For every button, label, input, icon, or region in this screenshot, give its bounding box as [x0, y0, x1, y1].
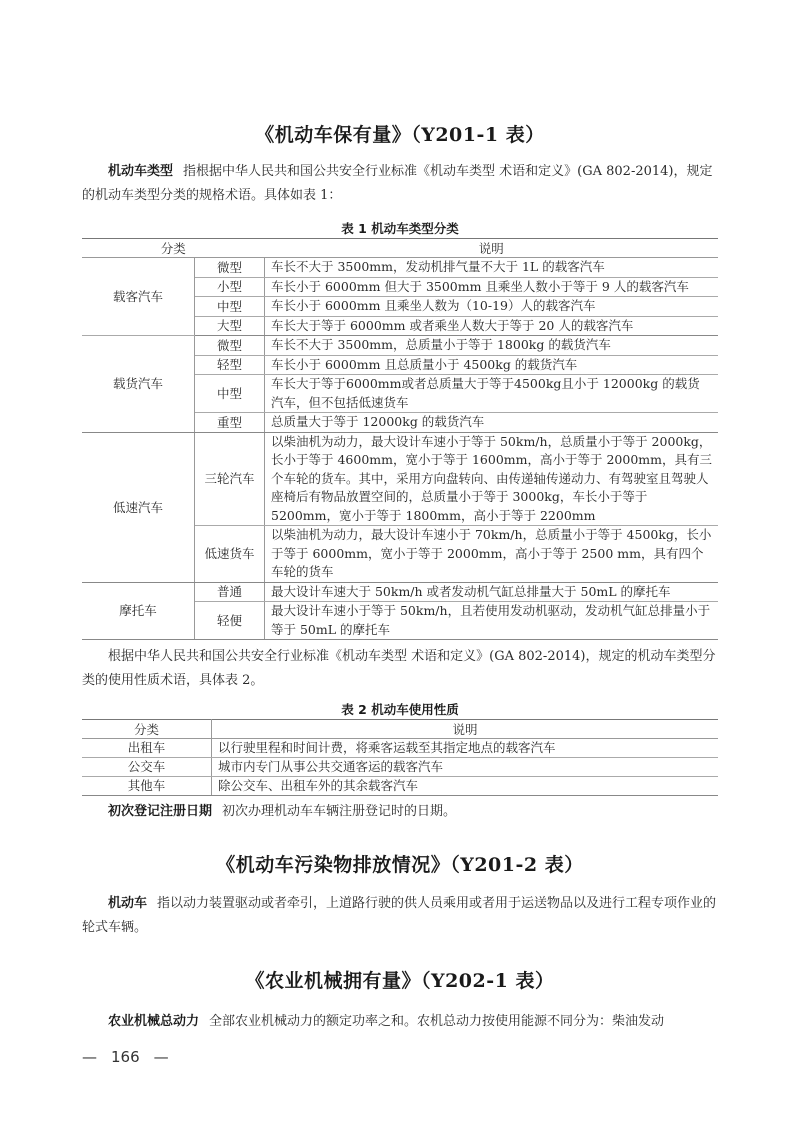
category-cell: 载货汽车: [82, 336, 195, 433]
table1-caption: 表 1 机动车类型分类: [82, 219, 718, 237]
subtype-cell: 轻便: [195, 602, 265, 640]
subtype-cell: 轻型: [195, 355, 265, 375]
paragraph-agri-power: 农业机械总动力全部农业机械动力的额定功率之和。农机总动力按使用能源不同分为：柴油…: [82, 1010, 718, 1034]
table-header-row: 分类 说明: [82, 720, 718, 739]
section-title-emissions: 《机动车污染物排放情况》（Y201-2 表）: [82, 850, 718, 877]
description-cell: 总质量大于等于 12000kg 的载货汽车: [265, 413, 719, 433]
description-cell: 城市内专门从事公共交通客运的载客汽车: [212, 758, 719, 777]
category-cell: 公交车: [82, 758, 212, 777]
term-definition: 初次办理机动车车辆注册登记时的日期。: [222, 804, 456, 819]
description-cell: 车长不大于 3500mm，总质量小于等于 1800kg 的载货汽车: [265, 336, 719, 356]
header-description: 说明: [212, 720, 719, 739]
table-row: 出租车 以行驶里程和时间计费，将乘客运载至其指定地点的载客汽车: [82, 739, 718, 758]
section-title-agri-machinery: 《农业机械拥有量》（Y202-1 表）: [82, 966, 718, 993]
description-cell: 以行驶里程和时间计费，将乘客运载至其指定地点的载客汽车: [212, 739, 719, 758]
term-label: 机动车: [108, 896, 147, 911]
header-category: 分类: [82, 239, 265, 258]
page-number: 166: [111, 1048, 140, 1066]
header-category: 分类: [82, 720, 212, 739]
category-cell: 低速汽车: [82, 432, 195, 582]
paragraph-motor-vehicle: 机动车指以动力装置驱动或者牵引，上道路行驶的供人员乘用或者用于运送物品以及进行工…: [82, 892, 718, 940]
description-cell: 车长小于 6000mm 且总质量小于 4500kg 的载货汽车: [265, 355, 719, 375]
description-cell: 以柴油机为动力，最大设计车速小于等于 50km/h，总质量小于等于 2000kg…: [265, 432, 719, 526]
footer-dash-left: —: [82, 1048, 97, 1066]
page-footer: —166—: [82, 1048, 169, 1066]
term-label: 农业机械总动力: [108, 1014, 199, 1029]
category-cell: 摩托车: [82, 582, 195, 640]
vehicle-usage-table: 分类 说明 出租车 以行驶里程和时间计费，将乘客运载至其指定地点的载客汽车 公交…: [82, 719, 718, 796]
footer-dash-right: —: [154, 1048, 169, 1066]
subtype-cell: 中型: [195, 375, 265, 413]
description-cell: 最大设计车速大于 50km/h 或者发动机气缸总排量大于 50mL 的摩托车: [265, 582, 719, 602]
paragraph-vehicle-type: 机动车类型指根据中华人民共和国公共安全行业标准《机动车类型 术语和定义》(GA …: [82, 160, 718, 208]
subtype-cell: 中型: [195, 297, 265, 317]
subtype-cell: 微型: [195, 258, 265, 278]
description-cell: 除公交车、出租车外的其余载客汽车: [212, 777, 719, 796]
description-cell: 最大设计车速小于等于 50km/h，且若使用发动机驱动，发动机气缸总排量小于等于…: [265, 602, 719, 640]
term-label: 机动车类型: [108, 164, 173, 179]
table-row: 摩托车 普通 最大设计车速大于 50km/h 或者发动机气缸总排量大于 50mL…: [82, 582, 718, 602]
description-cell: 以柴油机为动力，最大设计车速小于 70km/h，总质量小于等于 4500kg，长…: [265, 526, 719, 583]
subtype-cell: 微型: [195, 336, 265, 356]
section-title-vehicle-ownership: 《机动车保有量》（Y201-1 表）: [82, 120, 718, 147]
subtype-cell: 三轮汽车: [195, 432, 265, 526]
description-cell: 车长小于 6000mm 但大于 3500mm 且乘坐人数小于等于 9 人的载客汽…: [265, 277, 719, 297]
description-cell: 车长不大于 3500mm，发动机排气量不大于 1L 的载客汽车: [265, 258, 719, 278]
vehicle-type-table: 分类 说明 载客汽车 微型 车长不大于 3500mm，发动机排气量不大于 1L …: [82, 238, 718, 640]
term-definition: 全部农业机械动力的额定功率之和。农机总动力按使用能源不同分为：柴油发动: [209, 1014, 664, 1029]
table-header-row: 分类 说明: [82, 239, 718, 258]
subtype-cell: 低速货车: [195, 526, 265, 583]
table2-caption: 表 2 机动车使用性质: [82, 700, 718, 718]
table-row: 公交车 城市内专门从事公共交通客运的载客汽车: [82, 758, 718, 777]
term-label: 初次登记注册日期: [108, 804, 212, 819]
category-cell: 载客汽车: [82, 258, 195, 336]
header-description: 说明: [265, 239, 719, 258]
table-row: 载货汽车 微型 车长不大于 3500mm，总质量小于等于 1800kg 的载货汽…: [82, 336, 718, 356]
table-row: 载客汽车 微型 车长不大于 3500mm，发动机排气量不大于 1L 的载客汽车: [82, 258, 718, 278]
subtype-cell: 小型: [195, 277, 265, 297]
table-row: 其他车 除公交车、出租车外的其余载客汽车: [82, 777, 718, 796]
paragraph-first-registration: 初次登记注册日期初次办理机动车车辆注册登记时的日期。: [82, 800, 718, 824]
subtype-cell: 普通: [195, 582, 265, 602]
description-cell: 车长小于 6000mm 且乘坐人数为（10-19）人的载客汽车: [265, 297, 719, 317]
subtype-cell: 重型: [195, 413, 265, 433]
term-definition: 指以动力装置驱动或者牵引，上道路行驶的供人员乘用或者用于运送物品以及进行工程专项…: [82, 896, 716, 935]
description-cell: 车长大于等于 6000mm 或者乘坐人数大于等于 20 人的载客汽车: [265, 316, 719, 336]
table-row: 低速汽车 三轮汽车 以柴油机为动力，最大设计车速小于等于 50km/h，总质量小…: [82, 432, 718, 526]
category-cell: 其他车: [82, 777, 212, 796]
description-cell: 车长大于等于6000mm或者总质量大于等于4500kg且小于 12000kg 的…: [265, 375, 719, 413]
term-definition: 指根据中华人民共和国公共安全行业标准《机动车类型 术语和定义》(GA 802-2…: [82, 164, 713, 203]
category-cell: 出租车: [82, 739, 212, 758]
subtype-cell: 大型: [195, 316, 265, 336]
paragraph-usage-nature: 根据中华人民共和国公共安全行业标准《机动车类型 术语和定义》(GA 802-20…: [82, 645, 718, 693]
